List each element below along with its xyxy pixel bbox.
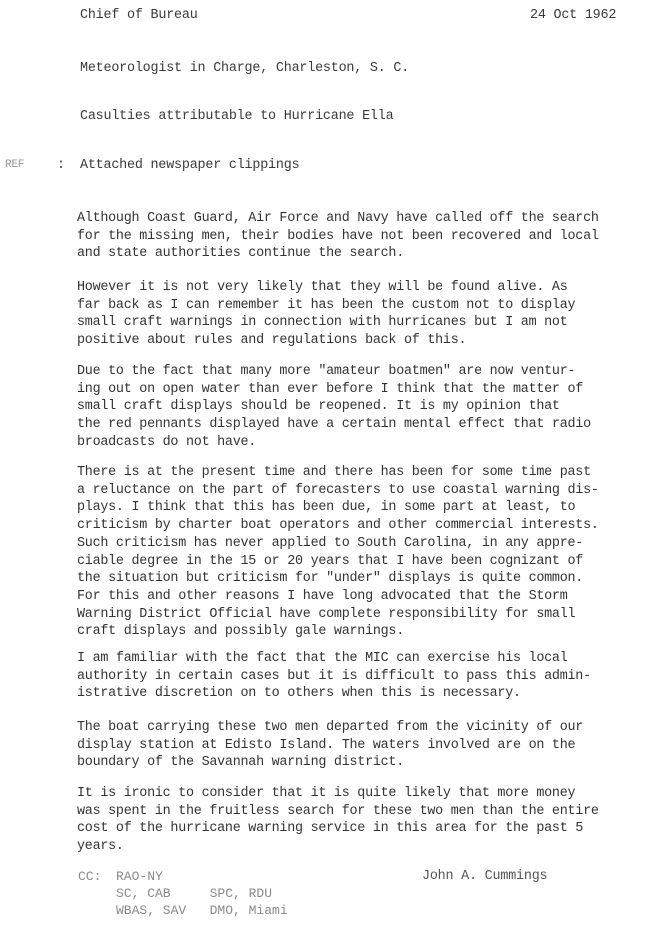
cc-line-2: SC, CAB SPC, RDU: [116, 885, 272, 902]
date: 24 Oct 1962: [530, 8, 616, 23]
subject: Casulties attributable to Hurricane Ella: [80, 109, 393, 124]
paragraph-2: However it is not very likely that they …: [77, 279, 647, 350]
cc-label: CC:: [78, 868, 101, 885]
paragraph-1: Although Coast Guard, Air Force and Navy…: [77, 210, 647, 263]
paragraph-6: The boat carrying these two men departed…: [77, 719, 647, 772]
ref-text: Attached newspaper clippings: [80, 158, 299, 173]
addressee: Chief of Bureau: [80, 8, 198, 23]
paragraph-5: I am familiar with the fact that the MIC…: [77, 650, 647, 703]
sender: Meteorologist in Charge, Charleston, S. …: [80, 61, 409, 76]
paragraph-7: It is ironic to consider that it is quit…: [77, 785, 647, 856]
paragraph-3: Due to the fact that many more "amateur …: [77, 363, 647, 452]
signature: John A. Cummings: [422, 869, 547, 884]
cc-line-3: WBAS, SAV DMO, Miami: [116, 902, 288, 919]
ref-label: REF: [5, 159, 24, 171]
paragraph-4: There is at the present time and there h…: [77, 464, 647, 641]
ref-separator: :: [57, 158, 65, 173]
cc-line-1: RAO-NY: [116, 868, 163, 885]
